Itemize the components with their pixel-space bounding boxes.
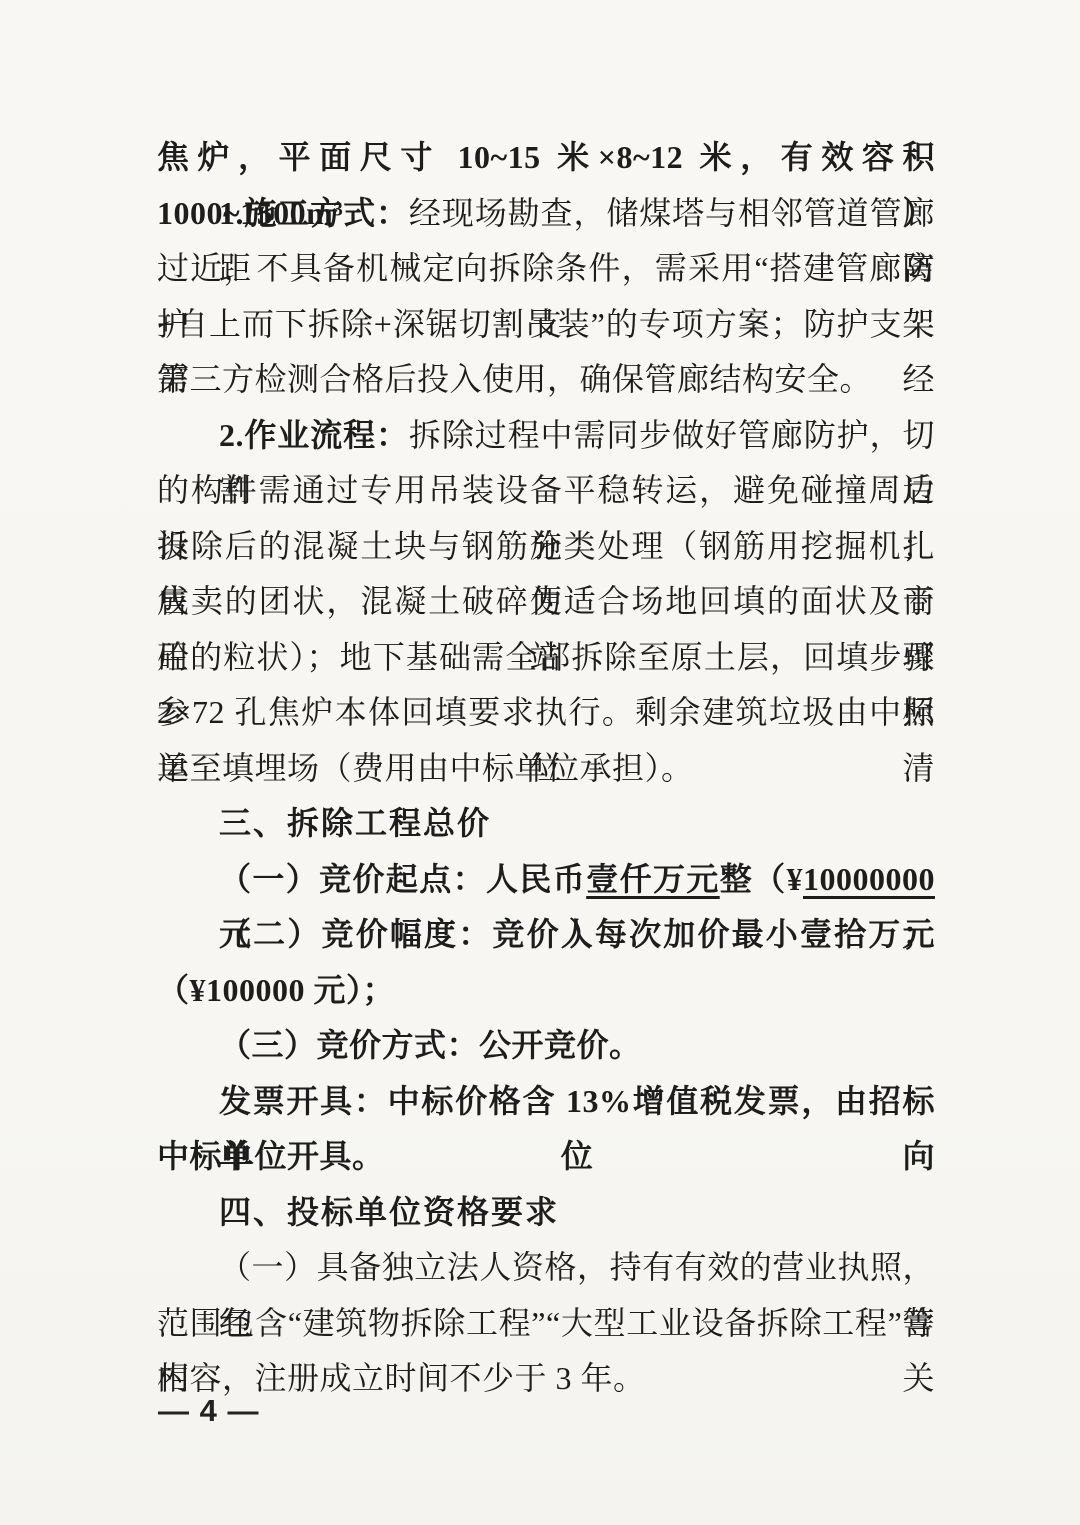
line-body: 售卖的团状，混凝土破碎为适合场地回填的面状及商砼站可	[157, 574, 935, 630]
footer-page-number: — 4 —	[158, 1393, 259, 1429]
line-bid-increment-digits: （¥100000 元）；	[157, 963, 935, 1019]
bid-method-text: （三）竞价方式：公开竞价。	[219, 1027, 642, 1063]
section-heading-bidder-qualification: 四、投标单位资格要求	[157, 1185, 935, 1241]
line-qualification-cont: 范围包含“建筑物拆除工程”“大型工业设备拆除工程”等相关	[157, 1296, 935, 1352]
invoice-text-cont: 中标单位开具。	[157, 1138, 385, 1174]
section-heading-demolition-total-price: 三、拆除工程总价	[157, 796, 935, 852]
line-invoice: 发票开具：中标价格含 13%增值税发票，由招标单位向	[157, 1074, 935, 1130]
construction-method-label: 1.施工方式：	[219, 195, 409, 231]
text-segment: 运至填埋场（费用由中标单位承担）。	[157, 750, 694, 786]
line-bid-start-price: （一）竞价起点：人民币壹仟万元整（¥10000000 元）；	[157, 852, 935, 908]
line-volume-spec: 焦炉，平面尺寸 10~15 米×8~12 米，有效容积 1000~1500m³）	[157, 130, 935, 186]
bid-start-label: （一）竞价起点：人民币	[219, 861, 586, 897]
line-body: +自上而下拆除+深锯切割吊装”的专项方案；防护支架需经	[157, 297, 935, 353]
line-work-flow: 2.作业流程：拆除过程中需同步做好管廊防护，切割后	[157, 408, 935, 464]
section-4-title: 四、投标单位资格要求	[219, 1194, 559, 1230]
line-body: 2×72 孔焦炉本体回填要求执行。剩余建筑垃圾由中标单位清	[157, 685, 935, 741]
line-construction-method: 1.施工方式：经现场勘查，储煤塔与相邻管道管廊距离	[157, 186, 935, 242]
bid-start-amount-digits: 10000000	[803, 861, 935, 897]
bid-increment-text: （二）竞价幅度：竞价人每次加价最小壹拾万元	[219, 916, 935, 952]
line-qualification: （一）具备独立法人资格，持有有效的营业执照，经营	[157, 1240, 935, 1296]
bid-increment-amount: （¥100000 元）；	[157, 972, 395, 1008]
scanned-page: 焦炉，平面尺寸 10~15 米×8~12 米，有效容积 1000~1500m³）…	[0, 0, 1080, 1525]
line-body: 用的粒状）；地下基础需全部拆除至原土层，回填步骤参照	[157, 630, 935, 686]
work-flow-label: 2.作业流程：	[219, 417, 409, 453]
bid-start-amount-cn: 壹仟万元	[586, 861, 720, 897]
line-body: 的构件需通过专用吊装设备平稳转运，避免碰撞周边设施；	[157, 463, 935, 519]
document-body: 焦炉，平面尺寸 10~15 米×8~12 米，有效容积 1000~1500m³）…	[157, 130, 935, 1407]
section-3-title: 三、拆除工程总价	[219, 805, 491, 841]
text-segment: 第三方检测合格后投入使用，确保管廊结构安全。	[157, 361, 872, 397]
text-segment: 内容，注册成立时间不少于 3 年。	[157, 1360, 646, 1396]
line-bid-method: （三）竞价方式：公开竞价。	[157, 1018, 935, 1074]
line-body: 拆除后的混凝土块与钢筋分类处理（钢筋用挖掘机扎成便于	[157, 519, 935, 575]
line-bid-increment: （二）竞价幅度：竞价人每次加价最小壹拾万元	[157, 907, 935, 963]
line-body: 过近，不具备机械定向拆除条件，需采用“搭建管廊防护支架	[157, 241, 935, 297]
text-segment: 整（¥	[720, 861, 803, 897]
line-body: 第三方检测合格后投入使用，确保管廊结构安全。	[157, 352, 935, 408]
